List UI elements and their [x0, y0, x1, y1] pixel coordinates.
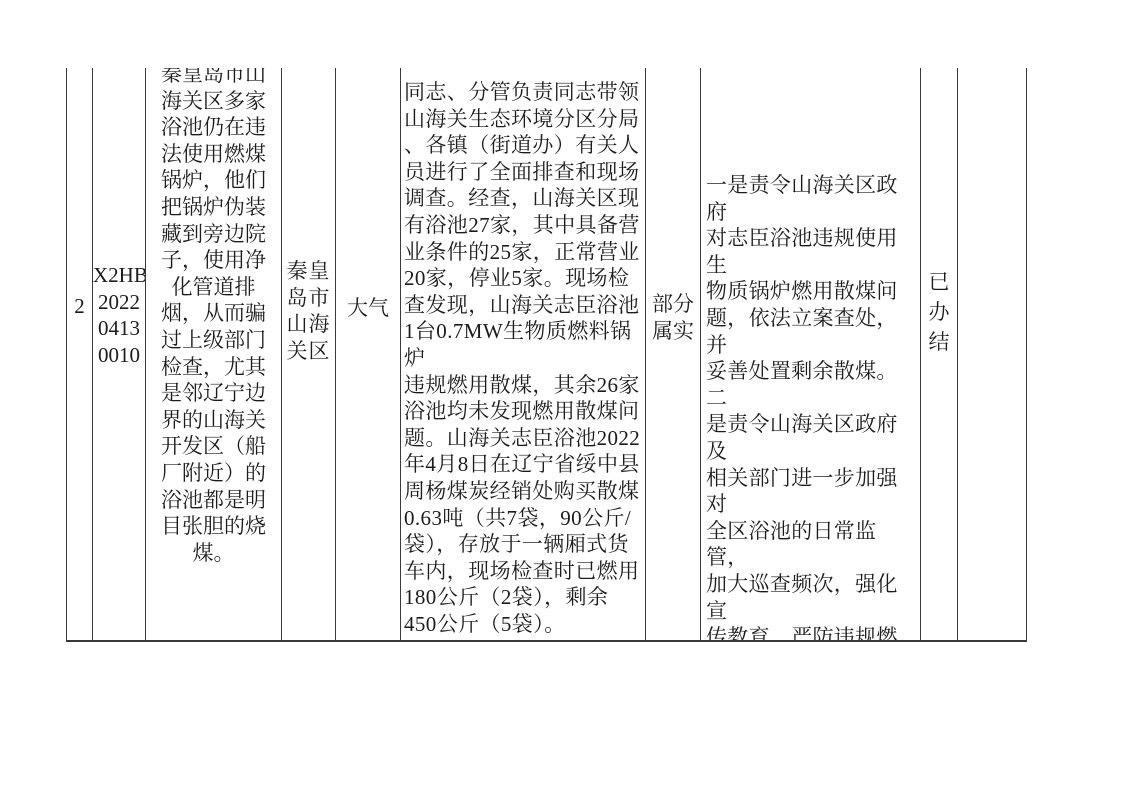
complaint-cell: 秦皇岛市山 海关区多家 浴池仍在违 法使用燃煤 锅炉，他们 把锅炉伪装 藏到旁边…	[146, 68, 282, 640]
status-text: 已 办 结	[921, 267, 957, 357]
case-code-cell: X2HB 2022 0413 0010	[93, 68, 146, 640]
region-text: 秦皇 岛市 山海 关区	[282, 258, 335, 364]
category-text: 大气	[336, 295, 400, 322]
empty-cell	[958, 68, 1027, 640]
verification-text: 部分 属实	[646, 291, 700, 344]
status-cell: 已 办 结	[921, 68, 958, 640]
measures-text: 一是责令山海关区政府 对志臣浴池违规使用生 物质锅炉燃用散煤问 题，依法立案查处…	[701, 172, 920, 640]
complaint-text: 秦皇岛市山 海关区多家 浴池仍在违 法使用燃煤 锅炉，他们 把锅炉伪装 藏到旁边…	[146, 68, 281, 566]
case-code: X2HB 2022 0413 0010	[93, 262, 145, 368]
investigation-cell: 同志、分管负责同志带领 山海关生态环境分区分局 、各镇（街道办）有关人 员进行了…	[401, 68, 646, 640]
category-cell: 大气	[336, 68, 401, 640]
investigation-text: 同志、分管负责同志带领 山海关生态环境分区分局 、各镇（街道办）有关人 员进行了…	[401, 79, 645, 637]
region-cell: 秦皇 岛市 山海 关区	[282, 68, 336, 640]
verification-cell: 部分 属实	[646, 68, 701, 640]
row-index: 2	[67, 293, 92, 320]
row-index-cell: 2	[67, 68, 93, 640]
measures-cell: 一是责令山海关区政府 对志臣浴池违规使用生 物质锅炉燃用散煤问 题，依法立案查处…	[701, 68, 921, 640]
case-table-row-continued: 2 X2HB 2022 0413 0010 秦皇岛市山 海关区多家 浴池仍在违 …	[66, 68, 1027, 642]
